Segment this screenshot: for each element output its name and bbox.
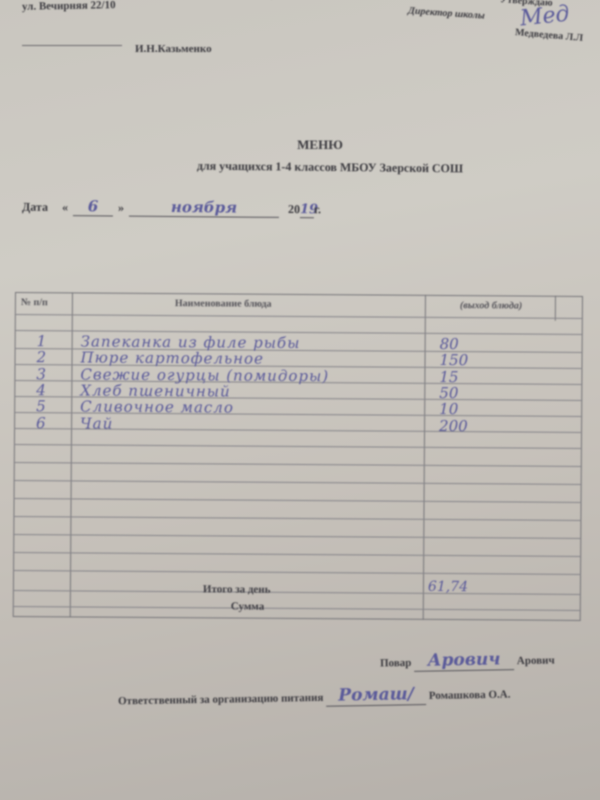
cook-signature-row: Повар Арович Арович: [380, 648, 555, 672]
total-label: Итого за день: [203, 583, 271, 595]
director-name: Медведева Л.Л: [515, 27, 584, 44]
year-end: г.: [314, 202, 321, 216]
address-line-top: области, ст. Тапписева: [232, 0, 344, 1]
quote-close: »: [118, 201, 124, 215]
dish-name: Чай: [80, 414, 113, 432]
header-number: № п/п: [21, 297, 48, 308]
header-name: Наименование блюда: [175, 298, 272, 310]
director-signature: Мед: [519, 1, 571, 31]
responsible-label: Ответственный за организацию питания: [118, 692, 324, 708]
date-label: Дата: [22, 200, 48, 214]
year-suffix: 19: [300, 202, 314, 218]
address-line: ул. Вечирняя 22/10: [22, 0, 116, 13]
menu-table: № п/п Наименование блюда (выход блюда) 1…: [13, 292, 583, 621]
school-address: области, ст. Тапписева ул. Вечирняя 22/1…: [22, 0, 116, 13]
year-prefix: 20: [288, 202, 300, 216]
date-day: 6: [73, 197, 113, 216]
row-number: 6: [36, 414, 46, 432]
left-signatory-name: И.Н.Казьменко: [135, 43, 212, 55]
cook-signature: Арович: [414, 649, 514, 672]
responsible-signature: Ромаш/: [326, 684, 426, 707]
dish-yield: 200: [439, 416, 468, 434]
page-title: МЕНЮ: [0, 137, 600, 153]
responsible-signature-row: Ответственный за организацию питания Ром…: [118, 683, 511, 711]
cook-name: Арович: [517, 654, 555, 667]
signature-line: [22, 45, 122, 46]
director-label: Директор школы: [408, 5, 485, 21]
date-month: ноября: [129, 198, 279, 218]
date-row: Дата « 6 » ноября 2019г.: [22, 197, 321, 219]
total-value: 61,74: [428, 579, 468, 595]
cook-label: Повар: [380, 657, 412, 670]
responsible-name: Ромашкова О.А.: [429, 689, 511, 702]
page-subtitle: для учащихся 1-4 классов МБОУ Заерской С…: [0, 157, 600, 179]
header-yield: (выход блюда): [460, 300, 522, 311]
quote-open: «: [62, 200, 68, 214]
sum-label: Сумма: [231, 601, 265, 613]
